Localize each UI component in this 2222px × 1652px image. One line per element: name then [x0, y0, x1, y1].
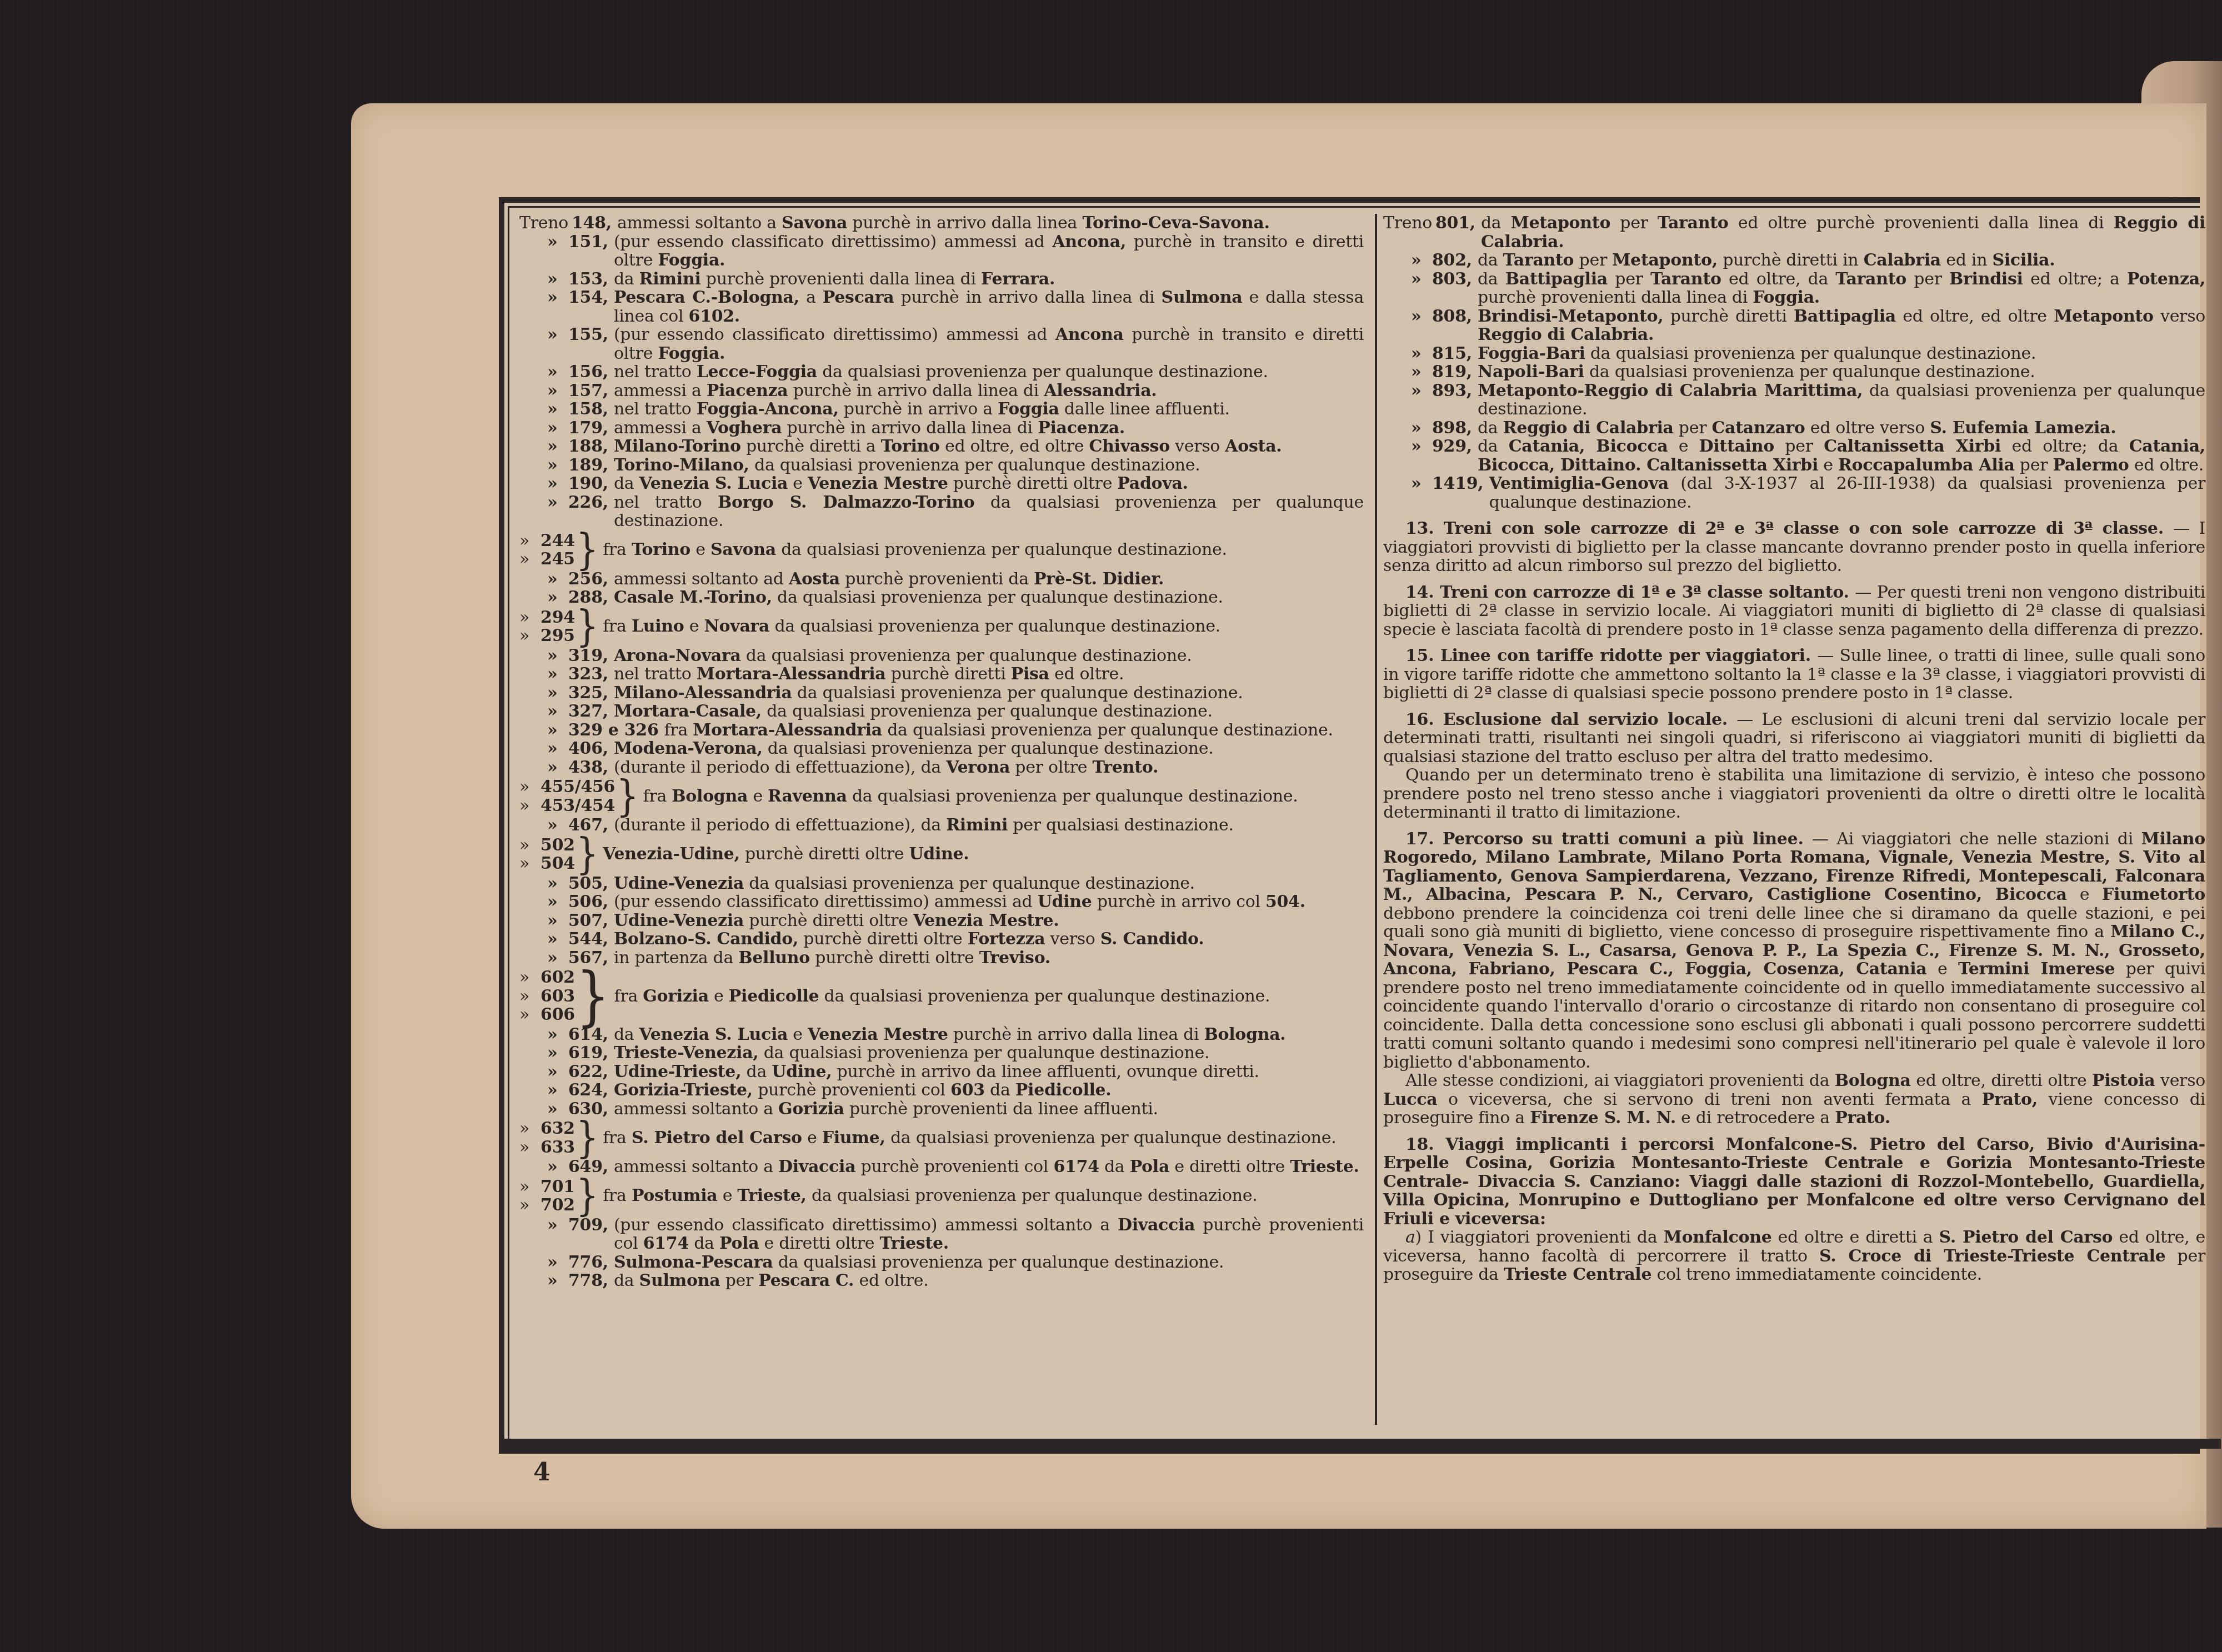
train-number: 325, [568, 684, 608, 703]
train-entry: »624,Gorizia-Trieste, purchè provenienti… [519, 1081, 1364, 1100]
ditto-mark: » [519, 854, 529, 873]
ditto-mark: » [1411, 363, 1421, 382]
train-description: (pur essendo classificato direttissimo) … [614, 233, 1364, 270]
train-number-group: »244»245 [519, 532, 575, 569]
train-number-row: »245 [519, 550, 575, 569]
train-description: da Venezia S. Lucia e Venezia Mestre pur… [614, 474, 1364, 493]
section-heading: 13. Treni con sole carrozze di 2ª e 3ª c… [1405, 519, 2173, 538]
ditto-mark: » [547, 288, 557, 307]
train-description: nel tratto Lecce-Foggia da qualsiasi pro… [614, 363, 1364, 382]
train-description: (pur essendo classificato direttissimo) … [614, 326, 1364, 363]
ditto-mark: » [519, 797, 529, 815]
ditto-mark: » [1411, 307, 1421, 326]
train-entry: »325,Milano-Alessandria da qualsiasi pro… [519, 684, 1364, 703]
ditto-mark: » [547, 816, 557, 835]
ditto-mark: » [547, 1271, 557, 1290]
train-description: ammessi soltanto a Gorizia purchè proven… [614, 1100, 1364, 1119]
train-entry-group: »602»603»606}fra Gorizia e Piedicolle da… [519, 968, 1364, 1024]
ditto-mark: » [547, 665, 557, 684]
ditto-mark: » [547, 1253, 557, 1272]
ditto-mark: » [519, 550, 529, 569]
train-description: Bolzano-S. Candido, purchè diretti oltre… [614, 930, 1364, 949]
section-paragraph: Alle stesse condizioni, ai viaggiatori p… [1383, 1072, 2205, 1128]
train-entry: Treno 801,da Metaponto per Taranto ed ol… [1383, 214, 2205, 251]
page-number: 4 [533, 1458, 551, 1486]
train-number: 701 [541, 1178, 575, 1197]
train-description: Udine-Trieste, da Udine, purchè in arriv… [614, 1063, 1364, 1082]
train-number: 323, [568, 665, 608, 684]
train-number-row: »295 [519, 627, 575, 645]
train-number: 226, [568, 493, 608, 512]
train-number-group: »701»702 [519, 1178, 575, 1215]
train-description: da Catania, Bicocca e Dittaino per Calta… [1478, 437, 2205, 474]
train-number: 632 [541, 1119, 575, 1138]
train-entry: »188,Milano-Torino purchè diretti a Tori… [519, 437, 1364, 456]
ditto-mark: » [547, 1100, 557, 1119]
train-number-row: »602 [519, 968, 575, 987]
ditto-mark: » [547, 702, 557, 721]
ditto-mark: » [547, 493, 557, 512]
ditto-mark: » [547, 1158, 557, 1177]
train-entry: »467,(durante il periodo di effettuazion… [519, 816, 1364, 835]
train-number-row: »632 [519, 1119, 575, 1138]
ditto-mark: » [547, 456, 557, 475]
train-number-group: »455/456»453/454 [519, 778, 615, 815]
train-number: 802, [1432, 251, 1472, 270]
train-number: 624, [568, 1081, 608, 1100]
train-entry: »438,(durante il periodo di effettuazion… [519, 758, 1364, 777]
train-entry: Treno 148,ammessi soltanto a Savona purc… [519, 214, 1364, 233]
train-entry: »155,(pur essendo classificato direttiss… [519, 326, 1364, 363]
train-description: da Taranto per Metaponto, purchè diretti… [1478, 251, 2205, 270]
train-number: 619, [568, 1044, 608, 1063]
train-number: 156, [568, 363, 608, 382]
train-entry: »507,Udine-Venezia purchè diretti oltre … [519, 912, 1364, 930]
train-number-row: »244 [519, 532, 575, 550]
train-entry: »319,Arona-Novara da qualsiasi provenien… [519, 647, 1364, 665]
train-number: 455/456 [541, 778, 615, 797]
ditto-mark: » [547, 1025, 557, 1044]
train-description: nel tratto Borgo S. Dalmazzo-Torino da q… [614, 493, 1364, 530]
train-entry: »329 e 326fra Mortara-Alessandria da qua… [519, 721, 1364, 740]
ditto-mark: » [547, 400, 557, 419]
train-number: 148, [572, 214, 612, 233]
train-description: Udine-Venezia da qualsiasi provenienza p… [614, 874, 1364, 893]
ditto-mark: » [547, 893, 557, 912]
train-entry: »154,Pescara C.-Bologna, a Pescara purch… [519, 288, 1364, 326]
train-number-group: »502»504 [519, 836, 575, 873]
ditto-mark: » [519, 987, 529, 1006]
train-number: 438, [568, 758, 608, 777]
train-description: Arona-Novara da qualsiasi provenienza pe… [614, 647, 1364, 665]
section-heading: 16. Esclusione dal servizio locale. [1405, 710, 1736, 729]
train-description: da Metaponto per Taranto ed oltre purchè… [1481, 214, 2205, 251]
ditto-mark: » [547, 326, 557, 344]
train-entry: »815,Foggia-Bari da qualsiasi provenienz… [1383, 344, 2205, 363]
section-body: — Ai viaggiatori che nelle stazioni di M… [1383, 829, 2205, 1072]
train-number: 154, [568, 288, 608, 307]
section-paragraph: 13. Treni con sole carrozze di 2ª e 3ª c… [1383, 519, 2205, 575]
ditto-mark: » [1411, 344, 1421, 363]
train-entry: »893,Metaponto-Reggio di Calabria Maritt… [1383, 382, 2205, 419]
ditto-mark: » [547, 1081, 557, 1100]
train-number: 803, [1432, 270, 1472, 289]
train-entry: »179,ammessi a Voghera purchè in arrivo … [519, 419, 1364, 438]
train-number: 245 [541, 550, 575, 569]
train-number: 1419, [1432, 474, 1483, 493]
train-number: 244 [541, 532, 575, 550]
train-entry: »157,ammessi a Piacenza purchè in arrivo… [519, 382, 1364, 401]
train-number: 602 [541, 968, 575, 987]
section-16: 16. Esclusione dal servizio locale. — Le… [1383, 710, 2205, 822]
train-entry: »190,da Venezia S. Lucia e Venezia Mestr… [519, 474, 1364, 493]
train-description: Mortara-Casale, da qualsiasi provenienza… [614, 702, 1364, 721]
train-entry: »622,Udine-Trieste, da Udine, purchè in … [519, 1063, 1364, 1082]
train-entry: »819,Napoli-Bari da qualsiasi provenienz… [1383, 363, 2205, 382]
train-entry-group: »701»702}fra Postumia e Trieste, da qual… [519, 1178, 1364, 1215]
train-entry: »189,Torino-Milano, da qualsiasi proveni… [519, 456, 1364, 475]
train-description: Foggia-Bari da qualsiasi provenienza per… [1478, 344, 2205, 363]
ditto-mark: » [1411, 474, 1421, 493]
train-entry: »709,(pur essendo classificato direttiss… [519, 1216, 1364, 1253]
train-description: da Sulmona per Pescara C. ed oltre. [614, 1271, 1364, 1290]
ditto-mark: » [547, 930, 557, 949]
train-entry: »288,Casale M.-Torino, da qualsiasi prov… [519, 588, 1364, 607]
train-entry: »1419,Ventimiglia-Genova (dal 3-X-1937 a… [1383, 474, 2205, 512]
section-13: 13. Treni con sole carrozze di 2ª e 3ª c… [1383, 519, 2205, 575]
train-number: 189, [568, 456, 608, 475]
curly-brace: } [616, 775, 638, 818]
train-number: 179, [568, 419, 608, 438]
train-number-group: »602»603»606 [519, 968, 575, 1024]
right-column: Treno 801,da Metaponto per Taranto ed ol… [1383, 214, 2205, 1284]
left-column-train-list: Treno 148,ammessi soltanto a Savona purc… [519, 214, 1364, 1290]
train-entry: »323,nel tratto Mortara-Alessandria purc… [519, 665, 1364, 684]
ditto-mark: » [547, 570, 557, 589]
section-14: 14. Treni con carrozze di 1ª e 3ª classe… [1383, 583, 2205, 639]
ditto-mark: » [547, 758, 557, 777]
train-description: Milano-Alessandria da qualsiasi provenie… [614, 684, 1364, 703]
train-number-group: »294»295 [519, 608, 575, 645]
ditto-mark: » [519, 608, 529, 627]
section-heading: 15. Linee con tariffe ridotte per viaggi… [1405, 646, 1817, 665]
section-heading: 17. Percorso su tratti comuni a più line… [1405, 829, 1812, 849]
ditto-mark: » [547, 1044, 557, 1063]
train-entry: »151,(pur essendo classificato direttiss… [519, 233, 1364, 270]
curly-brace: } [576, 1175, 598, 1218]
train-number: 504 [541, 854, 575, 873]
train-entry: »898,da Reggio di Calabria per Catanzaro… [1383, 419, 2205, 438]
train-number: 327, [568, 702, 608, 721]
regulation-sections: 13. Treni con sole carrozze di 2ª e 3ª c… [1383, 519, 2205, 1284]
train-entry: »619,Trieste-Venezia, da qualsiasi prove… [519, 1044, 1364, 1063]
train-description: da Reggio di Calabria per Catanzaro ed o… [1478, 419, 2205, 438]
ditto-mark: » [547, 684, 557, 703]
ditto-mark: » [547, 912, 557, 930]
train-description: nel tratto Mortara-Alessandria purchè di… [614, 665, 1364, 684]
train-description: da Venezia S. Lucia e Venezia Mestre pur… [614, 1025, 1364, 1044]
train-number: 622, [568, 1063, 608, 1082]
train-number: 155, [568, 326, 608, 344]
ditto-mark: » [1411, 270, 1421, 289]
train-entry: »803,da Battipaglia per Taranto ed oltre… [1383, 270, 2205, 307]
train-number-row: »504 [519, 854, 575, 873]
train-number-row: »455/456 [519, 778, 615, 797]
ditto-mark: » [547, 419, 557, 438]
ditto-mark: » [1411, 419, 1421, 438]
train-description: nel tratto Foggia-Ancona, purchè in arri… [614, 400, 1364, 419]
train-entry: »506,(pur essendo classificato direttiss… [519, 893, 1364, 912]
section-paragraph: 18. Viaggi implicanti i percorsi Monfalc… [1383, 1135, 2205, 1229]
train-description: fra Mortara-Alessandria da qualsiasi pro… [664, 721, 1364, 740]
train-description: (pur essendo classificato direttissimo) … [614, 1216, 1364, 1253]
train-number: 819, [1432, 363, 1472, 382]
ditto-mark: » [519, 968, 529, 987]
train-number: 406, [568, 739, 608, 758]
ditto-mark: » [547, 647, 557, 665]
train-number-row: »453/454 [519, 797, 615, 815]
train-number: 544, [568, 930, 608, 949]
train-number-row: »294 [519, 608, 575, 627]
frame-bottom-rule [499, 1439, 2221, 1449]
train-description: ammessi soltanto ad Aosta purchè proveni… [614, 570, 1364, 589]
train-description: ammessi soltanto a Divaccia purchè prove… [614, 1158, 1364, 1177]
train-number: 801, [1435, 214, 1475, 233]
train-number: 815, [1432, 344, 1472, 363]
section-paragraph: 17. Percorso su tratti comuni a più line… [1383, 830, 2205, 1072]
train-entry-group: »244»245}fra Torino e Savona da qualsias… [519, 532, 1364, 569]
train-entry: »778,da Sulmona per Pescara C. ed oltre. [519, 1271, 1364, 1290]
ditto-mark: » [1411, 382, 1421, 401]
train-entry: »327,Mortara-Casale, da qualsiasi proven… [519, 702, 1364, 721]
train-description: Torino-Milano, da qualsiasi provenienza … [614, 456, 1364, 475]
train-number: 502 [541, 836, 575, 855]
train-number: 633 [541, 1138, 575, 1157]
train-entry: »567,in partenza da Belluno purchè diret… [519, 949, 1364, 968]
train-number: 329 e 326 [568, 721, 659, 740]
ditto-mark: » [519, 1178, 529, 1197]
train-number: 190, [568, 474, 608, 493]
train-description: Gorizia-Trieste, purchè provenienti col … [614, 1081, 1364, 1100]
train-description: Udine-Venezia purchè diretti oltre Venez… [614, 912, 1364, 930]
ditto-mark: » [547, 1216, 557, 1235]
train-description: fra Bologna e Ravenna da qualsiasi prove… [643, 787, 1298, 806]
ditto-mark: » [547, 437, 557, 456]
train-number-row: »702 [519, 1196, 575, 1215]
train-description: Brindisi-Metaponto, purchè diretti Batti… [1478, 307, 2205, 344]
train-description: Venezia-Udine, purchè diretti oltre Udin… [603, 845, 969, 864]
ditto-mark: » [547, 474, 557, 493]
ditto-mark: » [519, 1196, 529, 1215]
train-number: 778, [568, 1271, 608, 1290]
ditto-mark: » [519, 1119, 529, 1138]
column-divider [1375, 214, 1377, 1425]
ditto-mark: » [547, 739, 557, 758]
curly-brace: } [576, 964, 610, 1028]
train-number: 157, [568, 382, 608, 401]
train-number: 151, [568, 233, 608, 252]
train-entry: »630,ammessi soltanto a Gorizia purchè p… [519, 1100, 1364, 1119]
train-entry: »544,Bolzano-S. Candido, purchè diretti … [519, 930, 1364, 949]
train-description: ammessi soltanto a Savona purchè in arri… [617, 214, 1364, 233]
ditto-mark: » [1411, 251, 1421, 270]
train-description: Milano-Torino purchè diretti a Torino ed… [614, 437, 1364, 456]
ditto-mark: » [1411, 437, 1421, 456]
train-entry: »153,da Rimini purchè provenienti dalla … [519, 270, 1364, 289]
train-description: ammessi a Voghera purchè in arrivo dalla… [614, 419, 1364, 438]
ditto-mark: » [519, 532, 529, 550]
train-description: fra Gorizia e Piedicolle da qualsiasi pr… [614, 987, 1270, 1006]
train-description: (durante il periodo di effettuazione), d… [614, 758, 1364, 777]
train-number-group: »632»633 [519, 1119, 575, 1157]
curly-brace: } [576, 833, 598, 876]
ditto-mark: » [519, 1005, 529, 1024]
train-entry-group: »502»504}Venezia-Udine, purchè diretti o… [519, 836, 1364, 873]
treno-label: Treno [1383, 214, 1432, 233]
treno-label: Treno [519, 214, 568, 233]
train-number: 507, [568, 912, 608, 930]
train-number-row: »701 [519, 1178, 575, 1197]
section-paragraph: 16. Esclusione dal servizio locale. — Le… [1383, 710, 2205, 767]
ditto-mark: » [547, 270, 557, 289]
ditto-mark: » [519, 627, 529, 645]
train-entry: »505,Udine-Venezia da qualsiasi provenie… [519, 874, 1364, 893]
train-description: in partenza da Belluno purchè diretti ol… [614, 949, 1364, 968]
train-number-row: »606 [519, 1005, 575, 1024]
train-entry: »929,da Catania, Bicocca e Dittaino per … [1383, 437, 2205, 474]
train-number-row: »603 [519, 987, 575, 1006]
ditto-mark: » [547, 233, 557, 252]
train-description: fra S. Pietro del Carso e Fiume, da qual… [603, 1129, 1336, 1148]
section-15: 15. Linee con tariffe ridotte per viaggi… [1383, 647, 2205, 703]
curly-brace: } [576, 1117, 598, 1159]
train-number-row: »502 [519, 836, 575, 855]
train-number: 188, [568, 437, 608, 456]
train-number: 295 [541, 627, 575, 645]
train-number: 453/454 [541, 797, 615, 815]
train-number: 776, [568, 1253, 608, 1272]
train-entry: »649,ammessi soltanto a Divaccia purchè … [519, 1158, 1364, 1177]
curly-brace: } [576, 529, 598, 572]
train-description: Sulmona-Pescara da qualsiasi provenienza… [614, 1253, 1364, 1272]
train-number-row: »633 [519, 1138, 575, 1157]
train-entry: »808,Brindisi-Metaponto, purchè diretti … [1383, 307, 2205, 344]
train-entry-group: »632»633}fra S. Pietro del Carso e Fiume… [519, 1119, 1364, 1157]
train-description: da Battipaglia per Taranto ed oltre, da … [1478, 270, 2205, 307]
section-18: 18. Viaggi implicanti i percorsi Monfalc… [1383, 1135, 2205, 1284]
ditto-mark: » [547, 949, 557, 968]
train-description: (durante il periodo di effettuazione), d… [614, 816, 1364, 835]
section-heading: 14. Treni con carrozze di 1ª e 3ª classe… [1405, 583, 1855, 602]
train-entry: »614,da Venezia S. Lucia e Venezia Mestr… [519, 1025, 1364, 1044]
section-paragraph: 14. Treni con carrozze di 1ª e 3ª classe… [1383, 583, 2205, 639]
train-description: ammessi a Piacenza purchè in arrivo dall… [614, 382, 1364, 401]
train-number: 929, [1432, 437, 1472, 456]
train-entry: »406,Modena-Verona, da qualsiasi proveni… [519, 739, 1364, 758]
train-description: Casale M.-Torino, da qualsiasi provenien… [614, 588, 1364, 607]
train-number: 606 [541, 1005, 575, 1024]
train-entry-group: »294»295}fra Luino e Novara da qualsiasi… [519, 608, 1364, 645]
section-paragraph: a) I viaggiatori provenienti da Monfalco… [1383, 1228, 2205, 1284]
section-paragraph: Quando per un determinato treno è stabil… [1383, 766, 2205, 822]
train-number: 294 [541, 608, 575, 627]
ditto-mark: » [547, 874, 557, 893]
curly-brace: } [576, 605, 598, 648]
train-description: da Rimini purchè provenienti dalla linea… [614, 270, 1364, 289]
ditto-mark: » [547, 363, 557, 382]
ditto-mark: » [547, 382, 557, 401]
train-description: Metaponto-Reggio di Calabria Marittima, … [1478, 382, 2205, 419]
train-number: 153, [568, 270, 608, 289]
train-entry: »158,nel tratto Foggia-Ancona, purchè in… [519, 400, 1364, 419]
ditto-mark: » [519, 836, 529, 855]
train-entry: »156,nel tratto Lecce-Foggia da qualsias… [519, 363, 1364, 382]
train-number: 702 [541, 1196, 575, 1215]
right-column-train-list: Treno 801,da Metaponto per Taranto ed ol… [1383, 214, 2205, 512]
train-number: 898, [1432, 419, 1472, 438]
train-entry: »776,Sulmona-Pescara da qualsiasi proven… [519, 1253, 1364, 1272]
ditto-mark: » [547, 588, 557, 607]
train-description: fra Torino e Savona da qualsiasi proveni… [603, 540, 1227, 559]
train-description: Napoli-Bari da qualsiasi provenienza per… [1478, 363, 2205, 382]
train-description: (pur essendo classificato direttissimo) … [614, 893, 1364, 912]
section-17: 17. Percorso su tratti comuni a più line… [1383, 830, 2205, 1128]
section-paragraph: 15. Linee con tariffe ridotte per viaggi… [1383, 647, 2205, 703]
train-number: 506, [568, 893, 608, 912]
train-description: fra Postumia e Trieste, da qualsiasi pro… [603, 1187, 1257, 1205]
train-description: Modena-Verona, da qualsiasi provenienza … [614, 739, 1364, 758]
train-description: Ventimiglia-Genova (dal 3-X-1937 al 26-I… [1489, 474, 2205, 512]
train-number: 808, [1432, 307, 1472, 326]
train-description: Pescara C.-Bologna, a Pescara purchè in … [614, 288, 1364, 326]
train-description: fra Luino e Novara da qualsiasi provenie… [603, 617, 1220, 636]
train-number: 603 [541, 987, 575, 1006]
train-entry-group: »455/456»453/454}fra Bologna e Ravenna d… [519, 778, 1364, 815]
train-number: 158, [568, 400, 608, 419]
train-number: 893, [1432, 382, 1472, 401]
train-entry: »256,ammessi soltanto ad Aosta purchè pr… [519, 570, 1364, 589]
train-description: Trieste-Venezia, da qualsiasi provenienz… [614, 1044, 1364, 1063]
ditto-mark: » [519, 1138, 529, 1157]
train-entry: »226,nel tratto Borgo S. Dalmazzo-Torino… [519, 493, 1364, 530]
ditto-mark: » [519, 778, 529, 797]
ditto-mark: » [547, 1063, 557, 1082]
train-entry: »802,da Taranto per Metaponto, purchè di… [1383, 251, 2205, 270]
ditto-mark: » [547, 721, 557, 740]
